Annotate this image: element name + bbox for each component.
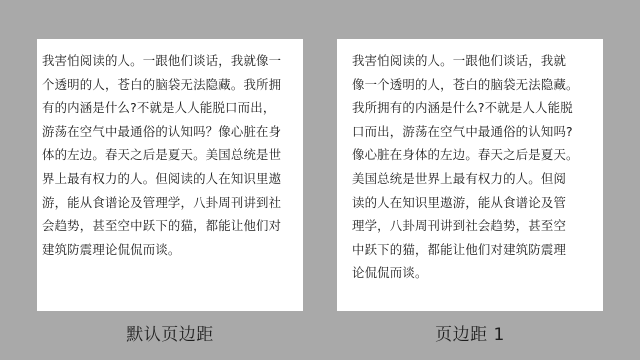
text-line: 美国总统是世界上最有权力的人。但阅 bbox=[352, 167, 585, 191]
text-line: 建筑防震理论侃侃而谈。 bbox=[42, 238, 297, 262]
text-line: 我害怕阅读的人。一跟他们谈话，我就像一 bbox=[42, 49, 297, 73]
text-line: 游，能从食谱论及管理学，八卦周刊讲到社 bbox=[42, 191, 297, 215]
text-line: 界上最有权力的人。但阅读的人在知识里遨 bbox=[42, 167, 297, 191]
text-line: 个透明的人，苍白的脑袋无法隐藏。我所拥 bbox=[42, 73, 297, 97]
caption-margin-1: 页边距 1 bbox=[337, 320, 603, 345]
text-line: 体的左边。春天之后是夏天。美国总统是世 bbox=[42, 143, 297, 167]
caption-default-margin: 默认页边距 bbox=[37, 320, 303, 345]
text-line: 我害怕阅读的人。一跟他们谈话，我就 bbox=[352, 49, 585, 73]
text-line: 像心脏在身体的左边。春天之后是夏天。 bbox=[352, 143, 585, 167]
text-line: 游荡在空气中最通俗的认知吗？像心脏在身 bbox=[42, 120, 297, 144]
text-line: 像一个透明的人，苍白的脑袋无法隐藏。 bbox=[352, 73, 585, 97]
text-line: 读的人在知识里遨游，能从食谱论及管 bbox=[352, 191, 585, 215]
page-preview-margin-1: 我害怕阅读的人。一跟他们谈话，我就 像一个透明的人，苍白的脑袋无法隐藏。 我所拥… bbox=[337, 39, 603, 311]
text-line: 理学，八卦周刊讲到社会趋势，甚至空 bbox=[352, 214, 585, 238]
text-line: 口而出，游荡在空气中最通俗的认知吗? bbox=[352, 120, 585, 144]
text-line: 我所拥有的内涵是什么?不就是人人能脱 bbox=[352, 96, 585, 120]
page-body-text: 我害怕阅读的人。一跟他们谈话，我就 像一个透明的人，苍白的脑袋无法隐藏。 我所拥… bbox=[352, 49, 585, 285]
text-line: 会趋势，甚至空中跃下的猫，都能让他们对 bbox=[42, 214, 297, 238]
text-line: 论侃侃而谈。 bbox=[352, 261, 585, 285]
text-line: 有的内涵是什么?不就是人人能脱口而出， bbox=[42, 96, 297, 120]
page-body-text: 我害怕阅读的人。一跟他们谈话，我就像一 个透明的人，苍白的脑袋无法隐藏。我所拥 … bbox=[42, 49, 297, 261]
text-line: 中跃下的猫，都能让他们对建筑防震理 bbox=[352, 238, 585, 262]
page-preview-default-margin: 我害怕阅读的人。一跟他们谈话，我就像一 个透明的人，苍白的脑袋无法隐藏。我所拥 … bbox=[37, 39, 303, 311]
